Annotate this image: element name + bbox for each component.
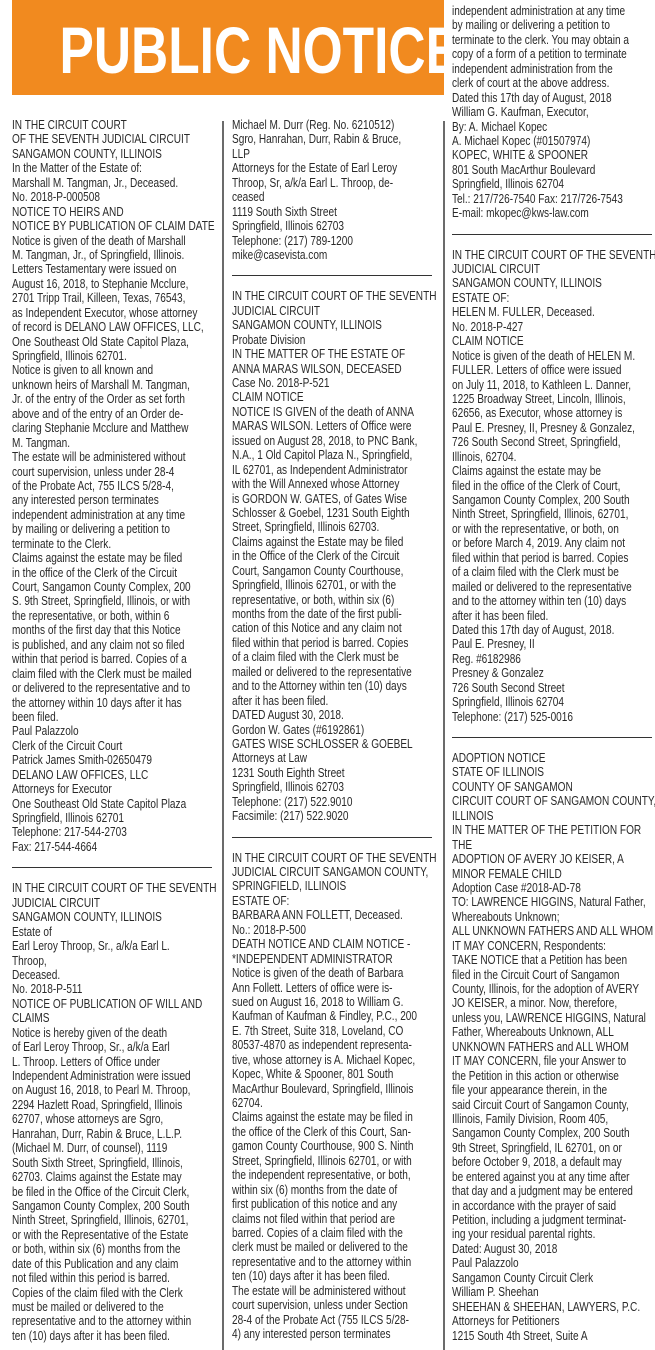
notice-text-line: ESTATE OF: xyxy=(232,894,435,908)
notice-text-line: JUDICIAL CIRCUIT SANGAMON COUNTY, xyxy=(232,865,435,879)
notice-text-line: OF THE SEVENTH JUDICIAL CIRCUIT xyxy=(12,132,215,146)
notice-text-line: must be mailed or delivered to the xyxy=(12,1300,215,1314)
notice-text-line: JUDICIAL CIRCUIT xyxy=(232,304,435,318)
notice-text-line: mike@casevista.com xyxy=(232,248,435,262)
notice-text-line: clerk must be mailed or delivered to the xyxy=(232,1240,435,1254)
notice-text-line: DELANO LAW OFFICES, LLC xyxy=(12,768,215,782)
notice-text-line: Attorneys for Executor xyxy=(12,782,215,796)
notice-text-line: Springfield, Illinois 62701. xyxy=(12,349,215,363)
notice-text-line: claims not filed within that period are xyxy=(232,1212,435,1226)
notice-text-line: the independent representative, or both, xyxy=(232,1168,435,1182)
notice-text-line: TO: LAWRENCE HIGGINS, Natural Father, xyxy=(452,895,655,909)
notice-text-line: or with the representative, or both, on xyxy=(452,522,655,536)
notice-text-line: unknown heirs of Marshall M. Tangman, xyxy=(12,378,215,392)
notice-text-line: In the Matter of the Estate of: xyxy=(12,161,215,175)
notice-text-line: SANGAMON COUNTY, ILLINOIS xyxy=(12,147,215,161)
notice-text-line: Michael M. Durr (Reg. No. 6210512) xyxy=(232,118,435,132)
notice-text-line: Notice is given of the death of Marshall xyxy=(12,234,215,248)
notice-text-line: be filed in the Office of the Circuit Cl… xyxy=(12,1185,215,1199)
notice-text-line: Telephone: (217) 789-1200 xyxy=(232,234,435,248)
notice-text-line: Sangamon County Complex, 200 South xyxy=(12,1199,215,1213)
notice-text-line: IN THE MATTER OF THE PETITION FOR xyxy=(452,823,655,837)
notice-text-line: KOPEC, WHITE & SPOONER xyxy=(452,148,655,162)
notice-text-line: Gordon W. Gates (#6192861) xyxy=(232,723,435,737)
notice-text-line: The estate will be administered without xyxy=(12,450,215,464)
notice-text-line: IN THE CIRCUIT COURT xyxy=(12,118,215,132)
notice-text-line: Ninth Street, Springfield, Illinois, 627… xyxy=(12,1213,215,1227)
notice-text-line: ANNA MARAS WILSON, DECEASED xyxy=(232,362,435,376)
notice-text-line: William P. Sheehan xyxy=(452,1285,655,1299)
notice-text-line: DEATH NOTICE AND CLAIM NOTICE - xyxy=(232,937,435,951)
notice-text-line: S. 9th Street, Springfield, Illinois, or… xyxy=(12,594,215,608)
notice-text-line: Copies of the claim filed with the Clerk xyxy=(12,1286,215,1300)
notice-text-line: Sangamon County Complex, 200 South xyxy=(452,1126,655,1140)
notice-text-line: ten (10) days after it has been filed. xyxy=(232,1269,435,1283)
notice-text-line: above and of the entry of an Order de- xyxy=(12,407,215,421)
notice-text-line: the attorney within 10 days after it has xyxy=(12,696,215,710)
notice-text-line: Telephone: (217) 525-0016 xyxy=(452,710,655,724)
notice-text-line: the representative, or both, within 6 xyxy=(12,609,215,623)
notice-text-line: The estate will be administered without xyxy=(232,1284,435,1298)
notice-text-line: UNKNOWN FATHERS and ALL WHOM xyxy=(452,1040,655,1054)
notice-text-line: filed in the office of the Clerk of Cour… xyxy=(452,479,655,493)
notice-text-line: N.A., 1 Old Capitol Plaza N., Springfiel… xyxy=(232,448,435,462)
notice-text-line: court supervision, unless under Section xyxy=(232,1298,435,1312)
notice-text-line: Claims against the estate may be xyxy=(452,464,655,478)
notice-text-line: as Independent Executor, whose attorney xyxy=(12,306,215,320)
notice-text-line: ing your residual parental rights. xyxy=(452,1227,655,1241)
notice-text-line: 1215 South 4th Street, Suite A xyxy=(452,1329,655,1343)
notice-text-line: Throop, Sr, a/k/a Earl L. Throop, de- xyxy=(232,176,435,190)
notice-text-line: filed in the Circuit Court of Sangamon xyxy=(452,968,655,982)
notice-text-line: Ann Follett. Letters of office were is- xyxy=(232,981,435,995)
notice-text-line: 1225 Broadway Street, Lincoln, Illinois, xyxy=(452,392,655,406)
notice-text-line: filed within that period is barred. Copi… xyxy=(232,636,435,650)
legal-notice: IN THE CIRCUIT COURT OF THE SEVENTHJUDIC… xyxy=(232,289,435,823)
column-divider xyxy=(222,121,224,1350)
notice-text-line: ADOPTION OF AVERY JO KEISER, A xyxy=(452,852,655,866)
notice-text-line: first publication of this notice and any xyxy=(232,1197,435,1211)
notice-text-line: Attorneys for Petitioners xyxy=(452,1314,655,1328)
notice-text-line: Springfield, Illinois 62704 xyxy=(452,177,655,191)
notice-text-line: Schlosser & Goebel, 1231 South Eighth xyxy=(232,506,435,520)
notice-text-line: of a claim filed with the Clerk must be xyxy=(452,565,655,579)
public-notices-banner: PUBLIC NOTICES xyxy=(12,0,444,95)
notice-text-line: Throop, xyxy=(12,954,215,968)
notice-text-line: after it has been filed. xyxy=(452,609,655,623)
notice-text-line: Hanrahan, Durr, Rabin & Bruce, L.L.P. xyxy=(12,1127,215,1141)
notice-text-line: in the office of the Clerk of the Circui… xyxy=(12,566,215,580)
notice-text-line: of Earl Leroy Throop, Sr., a/k/a Earl xyxy=(12,1040,215,1054)
notice-text-line: 726 South Second Street xyxy=(452,681,655,695)
notice-text-line: barred. Copies of a claim filed with the xyxy=(232,1226,435,1240)
notice-text-line: Springfield, Illinois 62701 xyxy=(12,811,215,825)
notice-text-line: Illinois, 62704. xyxy=(452,450,655,464)
notice-text-line: ALL UNKNOWN FATHERS AND ALL WHOM xyxy=(452,924,655,938)
notice-text-line: M. Tangman, Jr., of Springfield, Illinoi… xyxy=(12,248,215,262)
notice-text-line: GATES WISE SCHLOSSER & GOEBEL xyxy=(232,737,435,751)
notice-text-line: MARAS WILSON. Letters of Office were xyxy=(232,419,435,433)
notice-text-line: SPRINGFIELD, ILLINOIS xyxy=(232,879,435,893)
notice-text-line: IN THE CIRCUIT COURT OF THE SEVENTH xyxy=(232,851,435,865)
notice-separator-rule xyxy=(232,275,432,276)
notice-text-line: Sgro, Hanrahan, Durr, Rabin & Bruce, xyxy=(232,132,435,146)
notice-text-line: Court, Sangamon County Complex, 200 xyxy=(12,580,215,594)
notice-text-line: SANGAMON COUNTY, ILLINOIS xyxy=(452,276,655,290)
notice-separator-rule xyxy=(452,737,652,738)
notice-text-line: 9th Street, Springfield, IL 62701, on or xyxy=(452,1141,655,1155)
notice-text-line: 801 South MacArthur Boulevard xyxy=(452,163,655,177)
notice-text-line: M. Tangman. xyxy=(12,436,215,450)
notice-text-line: CLAIMS xyxy=(12,1011,215,1025)
notice-text-line: in accordance with the prayer of said xyxy=(452,1199,655,1213)
notice-text-line: Springfield, Illinois 62704 xyxy=(452,695,655,709)
notice-text-line: tive, whose attorney is A. Michael Kopec… xyxy=(232,1053,435,1067)
notice-text-line: terminate to the clerk. You may obtain a xyxy=(452,33,655,47)
notice-text-line: Kaufman of Kaufman & Findley, P.C., 200 xyxy=(232,1009,435,1023)
notice-text-line: ILLINOIS xyxy=(452,809,655,823)
notice-text-line: copy of a form of a petition to terminat… xyxy=(452,47,655,61)
notice-text-line: Street, Springfield, Illinois 62703. xyxy=(232,520,435,534)
notice-text-line: before October 9, 2018, a default may xyxy=(452,1155,655,1169)
notice-text-line: gamon County Courthouse, 900 S. Ninth xyxy=(232,1139,435,1153)
column-2: Michael M. Durr (Reg. No. 6210512)Sgro, … xyxy=(232,118,435,1341)
notice-text-line: Whereabouts Unknown; xyxy=(452,910,655,924)
notice-text-line: CLAIM NOTICE xyxy=(452,334,655,348)
notice-text-line: and to the attorney within ten (10) days xyxy=(452,594,655,608)
notice-text-line: Deceased. xyxy=(12,968,215,982)
notice-text-line: IN THE MATTER OF THE ESTATE OF xyxy=(232,347,435,361)
notice-text-line: Earl Leroy Throop, Sr., a/k/a Earl L. xyxy=(12,939,215,953)
legal-notice: independent administration at any timeby… xyxy=(452,4,655,221)
notice-text-line: Dated this 17th day of August, 2018. xyxy=(452,623,655,637)
notice-text-line: L. Throop. Letters of Office under xyxy=(12,1055,215,1069)
notice-text-line: No. 2018-P-000508 xyxy=(12,190,215,204)
notice-text-line: BARBARA ANN FOLLETT, Deceased. xyxy=(232,908,435,922)
notice-text-line: TAKE NOTICE that a Petition has been xyxy=(452,953,655,967)
notice-text-line: is published, and any claim not so filed xyxy=(12,638,215,652)
notice-text-line: mailed or delivered to the representativ… xyxy=(452,580,655,594)
notice-text-line: 62707, whose attorneys are Sgro, xyxy=(12,1112,215,1126)
column-3: independent administration at any timeby… xyxy=(452,4,655,1343)
notice-text-line: file your appearance therein, in the xyxy=(452,1083,655,1097)
notice-text-line: Letters Testamentary were issued on xyxy=(12,262,215,276)
notice-text-line: SANGAMON COUNTY, ILLINOIS xyxy=(232,318,435,332)
notice-text-line: independent administration from the xyxy=(452,62,655,76)
notice-text-line: Fax: 217-544-4664 xyxy=(12,840,215,854)
notice-text-line: representative, or both, within six (6) xyxy=(232,593,435,607)
notice-text-line: be entered against you at any time after xyxy=(452,1170,655,1184)
notice-text-line: after it has been filed. xyxy=(232,694,435,708)
notice-text-line: in the Office of the Clerk of the Circui… xyxy=(232,549,435,563)
legal-notice: IN THE CIRCUIT COURTOF THE SEVENTH JUDIC… xyxy=(12,118,215,854)
notice-text-line: Springfield, Illinois 62701, or with the xyxy=(232,578,435,592)
notice-text-line: issued on August 28, 2018, to PNC Bank, xyxy=(232,434,435,448)
notice-text-line: Springfield, Illinois 62703 xyxy=(232,780,435,794)
notice-text-line: the office of the Clerk of this Court, S… xyxy=(232,1125,435,1139)
notice-text-line: Notice is given to all known and xyxy=(12,363,215,377)
notice-text-line: with the Will Annexed whose Attorney xyxy=(232,477,435,491)
notice-text-line: CLAIM NOTICE xyxy=(232,390,435,404)
notice-text-line: by mailing or delivering a petition to xyxy=(452,18,655,32)
notice-text-line: within that period is barred. Copies of … xyxy=(12,652,215,666)
notice-separator-rule xyxy=(232,837,432,838)
notice-text-line: August 16, 2018, to Stephanie Mcclure, xyxy=(12,277,215,291)
notice-text-line: No.: 2018-P-500 xyxy=(232,923,435,937)
notice-text-line: mailed or delivered to the representativ… xyxy=(232,665,435,679)
notice-text-line: Attorneys for the Estate of Earl Leroy xyxy=(232,161,435,175)
notice-text-line: that day and a judgment may be entered xyxy=(452,1184,655,1198)
notice-text-line: 62656, as Executor, whose attorney is xyxy=(452,406,655,420)
notice-text-line: COUNTY OF SANGAMON xyxy=(452,780,655,794)
notice-text-line: Claims against the estate may be filed i… xyxy=(232,1110,435,1124)
notice-text-line: or both, within six (6) months from the xyxy=(12,1242,215,1256)
notice-text-line: Facsimile: (217) 522.9020 xyxy=(232,809,435,823)
notice-text-line: said Circuit Court of Sangamon County, xyxy=(452,1098,655,1112)
notice-text-line: 28-4 of the Probate Act (755 ILCS 5/28- xyxy=(232,1313,435,1327)
notice-text-line: No. 2018-P-511 xyxy=(12,982,215,996)
notice-text-line: of the Probate Act, 755 ILCS 5/28-4, xyxy=(12,479,215,493)
notice-text-line: Notice is given of the death of Barbara xyxy=(232,966,435,980)
legal-notice: Michael M. Durr (Reg. No. 6210512)Sgro, … xyxy=(232,118,435,262)
notice-text-line: independent administration at any time xyxy=(12,508,215,522)
notice-text-line: STATE OF ILLINOIS xyxy=(452,765,655,779)
notice-text-line: Claims against the estate may be filed xyxy=(12,551,215,565)
notice-text-line: Independent Administration were issued xyxy=(12,1069,215,1083)
notice-text-line: A. Michael Kopec (#01507974) xyxy=(452,134,655,148)
notice-text-line: LLP xyxy=(232,147,435,161)
notice-text-line: Estate of xyxy=(12,925,215,939)
notice-text-line: 2701 Tripp Trail, Killeen, Texas, 76543, xyxy=(12,291,215,305)
notice-text-line: representative and to the attorney withi… xyxy=(12,1314,215,1328)
notice-text-line: NOTICE TO HEIRS AND xyxy=(12,205,215,219)
notice-text-line: or with the Representative of the Estate xyxy=(12,1228,215,1242)
notice-text-line: of a claim filed with the Clerk must be xyxy=(232,650,435,664)
notice-text-line: NOTICE OF PUBLICATION OF WILL AND xyxy=(12,997,215,1011)
notice-text-line: Telephone: 217-544-2703 xyxy=(12,825,215,839)
notice-text-line: Dated this 17th day of August, 2018 xyxy=(452,91,655,105)
notice-text-line: 4) any interested person terminates xyxy=(232,1327,435,1341)
notice-text-line: *INDEPENDENT ADMINISTRATOR xyxy=(232,952,435,966)
notice-text-line: Patrick James Smith-02650479 xyxy=(12,753,215,767)
notice-text-line: independent administration at any time xyxy=(452,4,655,18)
notice-text-line: the Petition in this action or otherwise xyxy=(452,1069,655,1083)
notice-text-line: Illinois, Family Division, Room 405, xyxy=(452,1112,655,1126)
notice-text-line: DATED August 30, 2018. xyxy=(232,708,435,722)
notice-text-line: Paul E. Presney, II, Presney & Gonzalez, xyxy=(452,421,655,435)
notice-text-line: and to the Attorney within ten (10) days xyxy=(232,679,435,693)
notice-text-line: date of this Publication and any claim xyxy=(12,1257,215,1271)
notice-text-line: on August 16, 2018, to Pearl M. Throop, xyxy=(12,1083,215,1097)
notice-text-line: One Southeast Old State Capitol Plaza, xyxy=(12,335,215,349)
notice-text-line: E. 7th Street, Suite 318, Loveland, CO xyxy=(232,1024,435,1038)
notice-text-line: County, Illinois, for the adoption of AV… xyxy=(452,982,655,996)
notice-text-line: Clerk of the Circuit Court xyxy=(12,739,215,753)
notice-text-line: Reg. #6182986 xyxy=(452,652,655,666)
notice-text-line: been filed. xyxy=(12,710,215,724)
page-title: PUBLIC NOTICES xyxy=(60,12,397,88)
notice-text-line: MINOR FEMALE CHILD xyxy=(452,867,655,881)
notice-text-line: IT MAY CONCERN, Respondents: xyxy=(452,939,655,953)
notice-text-line: filed within that period is barred. Copi… xyxy=(452,551,655,565)
notice-text-line: any interested person terminates xyxy=(12,493,215,507)
notice-text-line: Sangamon County Circuit Clerk xyxy=(452,1271,655,1285)
notice-text-line: HELEN M. FULLER, Deceased. xyxy=(452,305,655,319)
legal-notice: IN THE CIRCUIT COURT OF THE SEVENTHJUDIC… xyxy=(452,248,655,724)
notice-text-line: (Michael M. Durr, of counsel), 1119 xyxy=(12,1141,215,1155)
notice-text-line: or delivered to the representative and t… xyxy=(12,681,215,695)
legal-notice: ADOPTION NOTICESTATE OF ILLINOISCOUNTY O… xyxy=(452,751,655,1343)
notice-text-line: JUDICIAL CIRCUIT xyxy=(452,262,655,276)
notice-text-line: JUDICIAL CIRCUIT xyxy=(12,896,215,910)
notice-text-line: sued on August 16, 2018 to William G. xyxy=(232,995,435,1009)
notice-text-line: CIRCUIT COURT OF SANGAMON COUNTY, xyxy=(452,794,655,808)
notice-text-line: is GORDON W. GATES, of Gates Wise xyxy=(232,492,435,506)
notice-text-line: 80537-4870 as independent representa- xyxy=(232,1038,435,1052)
notice-text-line: Ninth Street, Springfield, Illinois, 627… xyxy=(452,507,655,521)
notice-text-line: of record is DELANO LAW OFFICES, LLC, xyxy=(12,320,215,334)
notice-text-line: Jr. of the entry of the Order as set for… xyxy=(12,392,215,406)
notice-text-line: 62703. Claims against the Estate may xyxy=(12,1170,215,1184)
notice-text-line: Notice is hereby given of the death xyxy=(12,1026,215,1040)
legal-notice: IN THE CIRCUIT COURT OF THE SEVENTHJUDIC… xyxy=(232,851,435,1342)
notice-separator-rule xyxy=(12,867,212,868)
notice-text-line: Petition, including a judgment terminat- xyxy=(452,1213,655,1227)
notice-text-line: Paul Palazzolo xyxy=(452,1256,655,1270)
legal-notice: IN THE CIRCUIT COURT OF THE SEVENTHJUDIC… xyxy=(12,881,215,1343)
notice-text-line: months from the date of the first publi- xyxy=(232,607,435,621)
notice-text-line: Attorneys at Law xyxy=(232,751,435,765)
notice-text-line: 62704. xyxy=(232,1096,435,1110)
notice-text-line: Kopec, White & Spooner, 801 South xyxy=(232,1067,435,1081)
notice-text-line: FULLER. Letters of office were issued xyxy=(452,363,655,377)
notice-text-line: Court, Sangamon County Courthouse, xyxy=(232,564,435,578)
notice-text-line: not filed within this period is barred. xyxy=(12,1271,215,1285)
notice-text-line: 1231 South Eighth Street xyxy=(232,766,435,780)
notice-text-line: Father, Whereabouts Unknown, ALL xyxy=(452,1025,655,1039)
notice-text-line: IL 62701, as Independent Administrator xyxy=(232,463,435,477)
notice-text-line: IN THE CIRCUIT COURT OF THE SEVENTH xyxy=(232,289,435,303)
notice-text-line: cation of this Notice and any claim not xyxy=(232,621,435,635)
notice-text-line: MacArthur Boulevard, Springfield, Illino… xyxy=(232,1082,435,1096)
notice-text-line: claring Stephanie Mcclure and Matthew xyxy=(12,421,215,435)
notice-text-line: 2294 Hazlett Road, Springfield, Illinois xyxy=(12,1098,215,1112)
notice-text-line: South Sixth Street, Springfield, Illinoi… xyxy=(12,1156,215,1170)
notice-text-line: Paul Palazzolo xyxy=(12,724,215,738)
notice-text-line: NOTICE IS GIVEN of the death of ANNA xyxy=(232,405,435,419)
notice-text-line: Telephone: (217) 522.9010 xyxy=(232,795,435,809)
notice-text-line: One Southeast Old State Capitol Plaza xyxy=(12,797,215,811)
notice-text-line: Tel.: 217/726-7540 Fax: 217/726-7543 xyxy=(452,192,655,206)
notice-separator-rule xyxy=(452,234,652,235)
notice-text-line: ceased xyxy=(232,190,435,204)
notice-text-line: within six (6) months from the date of xyxy=(232,1183,435,1197)
notice-text-line: court supervision, unless under 28-4 xyxy=(12,465,215,479)
notice-text-line: By: A. Michael Kopec xyxy=(452,120,655,134)
notice-text-line: ten (10) days after it has been filed. xyxy=(12,1329,215,1343)
notice-text-line: ESTATE OF: xyxy=(452,291,655,305)
notice-text-line: Springfield, Illinois 62703 xyxy=(232,219,435,233)
notice-text-line: Dated: August 30, 2018 xyxy=(452,1242,655,1256)
notice-text-line: claim filed with the Clerk must be maile… xyxy=(12,667,215,681)
notice-text-line: IN THE CIRCUIT COURT OF THE SEVENTH xyxy=(12,881,215,895)
notice-text-line: JO KEISER, a minor. Now, therefore, xyxy=(452,996,655,1010)
notice-text-line: IN THE CIRCUIT COURT OF THE SEVENTH xyxy=(452,248,655,262)
notice-text-line: 726 South Second Street, Springfield, xyxy=(452,435,655,449)
notice-text-line: or before March 4, 2019. Any claim not xyxy=(452,536,655,550)
notice-text-line: Street, Springfield, Illinois 62701, or … xyxy=(232,1154,435,1168)
notice-text-line: Presney & Gonzalez xyxy=(452,666,655,680)
notice-text-line: terminate to the Clerk. xyxy=(12,537,215,551)
notice-text-line: William G. Kaufman, Executor, xyxy=(452,105,655,119)
column-divider xyxy=(443,121,445,1350)
notice-text-line: clerk of court at the above address. xyxy=(452,76,655,90)
notice-text-line: unless you, LAWRENCE HIGGINS, Natural xyxy=(452,1011,655,1025)
notice-text-line: months of the first day that this Notice xyxy=(12,623,215,637)
notice-text-line: SHEEHAN & SHEEHAN, LAWYERS, P.C. xyxy=(452,1300,655,1314)
notice-text-line: Adoption Case #2018-AD-78 xyxy=(452,881,655,895)
notice-text-line: THE xyxy=(452,838,655,852)
notice-text-line: ADOPTION NOTICE xyxy=(452,751,655,765)
notice-text-line: NOTICE BY PUBLICATION OF CLAIM DATE xyxy=(12,219,215,233)
notice-text-line: Case No. 2018-P-521 xyxy=(232,376,435,390)
notice-text-line: IT MAY CONCERN, file your Answer to xyxy=(452,1054,655,1068)
notice-text-line: Marshall M. Tangman, Jr., Deceased. xyxy=(12,176,215,190)
notice-text-line: Paul E. Presney, II xyxy=(452,637,655,651)
notice-text-line: Probate Division xyxy=(232,333,435,347)
column-1: IN THE CIRCUIT COURTOF THE SEVENTH JUDIC… xyxy=(12,118,215,1343)
notice-text-line: representative and to the attorney withi… xyxy=(232,1255,435,1269)
notice-text-line: on July 11, 2018, to Kathleen L. Danner, xyxy=(452,378,655,392)
notice-text-line: Claims against the Estate may be filed xyxy=(232,535,435,549)
notice-text-line: No. 2018-P-427 xyxy=(452,320,655,334)
notice-text-line: SANGAMON COUNTY, ILLINOIS xyxy=(12,910,215,924)
notice-text-line: by mailing or delivering a petition to xyxy=(12,522,215,536)
notice-text-line: 1119 South Sixth Street xyxy=(232,205,435,219)
notice-text-line: E-mail: mkopec@kws-law.com xyxy=(452,206,655,220)
notice-text-line: Sangamon County Complex, 200 South xyxy=(452,493,655,507)
notice-text-line: Notice is given of the death of HELEN M. xyxy=(452,349,655,363)
